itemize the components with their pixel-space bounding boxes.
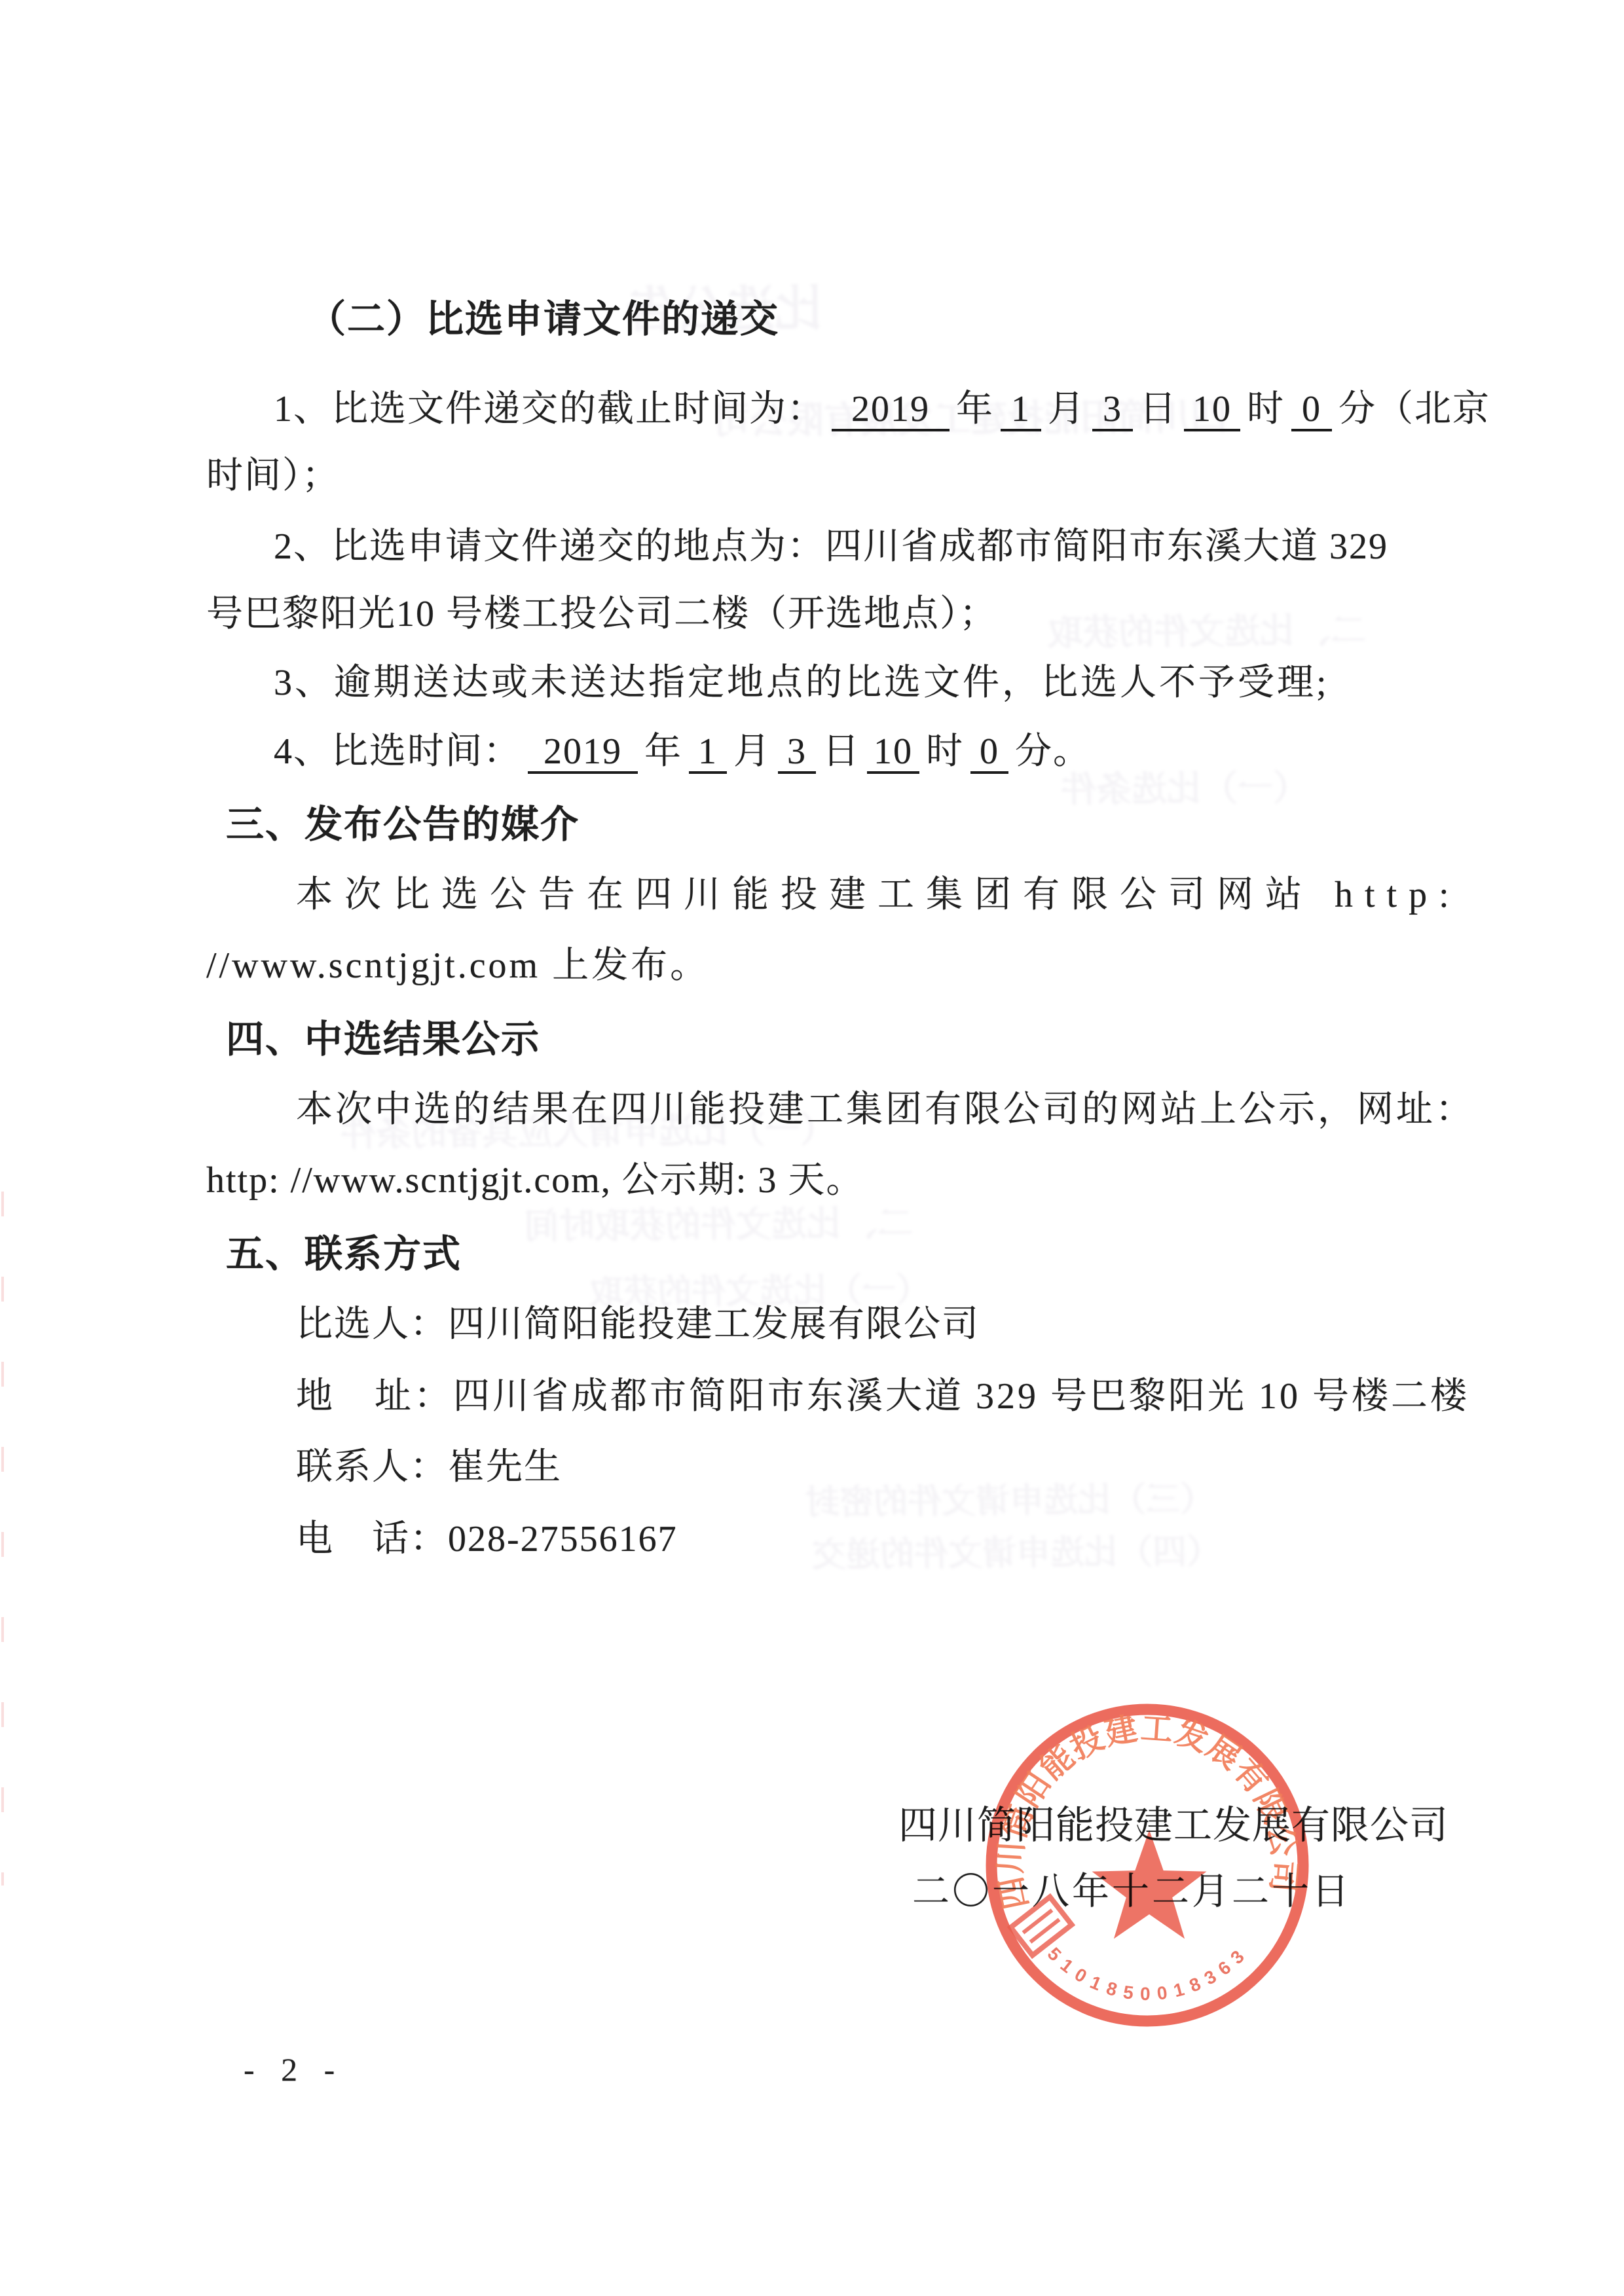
contact-value: 028-27556167 xyxy=(448,1519,678,1559)
seal-code: 5101850018363 xyxy=(1044,1944,1250,2004)
contact-label: 联系人： xyxy=(296,1447,448,1487)
selection-year-blank: 2019 xyxy=(528,733,638,774)
item-1-prefix: 1、比选文件递交的截止时间为： xyxy=(274,389,825,429)
minute-tail: 分（北京 xyxy=(1338,389,1490,429)
deadline-month-blank: 1 xyxy=(1001,390,1041,431)
contact-label: 电 话： xyxy=(296,1519,448,1559)
contact-row-person: 联系人：崔先生 xyxy=(296,1438,562,1490)
contact-row-phone: 电 话：028-27556167 xyxy=(296,1510,678,1562)
contact-value: 四川简阳能投建工发展有限公司 xyxy=(448,1304,980,1345)
section-3-heading: 三、发布公告的媒介 xyxy=(226,793,580,848)
month-unit: 月 xyxy=(1048,389,1086,429)
item-1-line-1: 1、比选文件递交的截止时间为：2019年1月3日10时0分（北京 xyxy=(274,380,1490,432)
contact-value: 崔先生 xyxy=(448,1447,562,1487)
deadline-minute-blank: 0 xyxy=(1291,390,1332,431)
section-3-line-1: 本次比选公告在四川能投建工集团有限公司网站 http: xyxy=(296,866,1461,918)
selection-day-blank: 3 xyxy=(778,733,816,774)
company-seal: 四川简阳能投建工发展有限公司 5101850018363 xyxy=(986,1704,1310,2031)
year-unit: 年 xyxy=(956,389,994,429)
seal-star-icon xyxy=(1092,1830,1207,1939)
bleedthrough-artifact: （一）比选条件 xyxy=(1061,759,1309,812)
deadline-hour-blank: 10 xyxy=(1184,390,1240,431)
selection-hour-blank: 10 xyxy=(867,733,919,774)
contact-row-bidder: 比选人：四川简阳能投建工发展有限公司 xyxy=(296,1295,980,1347)
scanned-document-page: { "page": { "number": "- 2 -" }, "colors… xyxy=(0,0,1624,2296)
item-2-line-2: 号巴黎阳光10 号楼工投公司二楼（开选地点）； xyxy=(206,585,997,637)
page-number: - 2 - xyxy=(244,2050,344,2088)
document-page: 比选公告 四川简阳能投建工发展有限公司 二、比选文件的获取 （一）比选条件 （一… xyxy=(0,0,1624,2296)
year-unit: 年 xyxy=(644,731,682,772)
selection-minute-blank: 0 xyxy=(970,733,1008,774)
month-unit: 月 xyxy=(733,731,771,772)
contact-label: 比选人： xyxy=(296,1304,448,1345)
bleedthrough-artifact: （三）比选申请文件的密封 xyxy=(805,1471,1215,1523)
section-4-heading: 四、中选结果公示 xyxy=(226,1008,540,1063)
bleedthrough-artifact: （四）比选申请文件的递交 xyxy=(812,1523,1221,1576)
item-2-line-1: 2、比选申请文件递交的地点为：四川省成都市简阳市东溪大道 329 xyxy=(274,517,1388,570)
item-1-line-2: 时间）； xyxy=(206,446,340,499)
bleedthrough-artifact: 二、比选文件的获取 xyxy=(1048,602,1367,655)
subsection-heading: （二）比选申请文件的递交 xyxy=(308,288,779,343)
hour-unit: 时 xyxy=(926,731,964,772)
section-5-heading: 五、联系方式 xyxy=(226,1223,462,1278)
section-4-line-1: 本次中选的结果在四川能投建工集团有限公司的网站上公示，网址： xyxy=(296,1080,1475,1133)
contact-row-address: 地 址：四川省成都市简阳市东溪大道 329 号巴黎阳光 10 号楼二楼 xyxy=(296,1367,1469,1419)
day-unit: 日 xyxy=(1139,389,1177,429)
hour-unit: 时 xyxy=(1247,389,1285,429)
contact-value: 四川省成都市简阳市东溪大道 329 号巴黎阳光 10 号楼二楼 xyxy=(453,1376,1469,1417)
item-4-prefix: 4、比选时间： xyxy=(274,731,521,772)
contact-label: 地 址： xyxy=(296,1376,453,1417)
day-unit: 日 xyxy=(822,731,860,772)
selection-month-blank: 1 xyxy=(689,733,727,774)
item-4-line: 4、比选时间：2019年1月3日10时0分。 xyxy=(274,722,1091,774)
item-3-line: 3、逾期送达或未送达指定地点的比选文件，比选人不予受理; xyxy=(274,653,1329,706)
deadline-year-blank: 2019 xyxy=(832,390,950,431)
deadline-day-blank: 3 xyxy=(1092,390,1133,431)
section-4-line-2: http: //www.scntjgjt.com, 公示期: 3 天。 xyxy=(206,1151,864,1203)
scan-edge-artifact xyxy=(1,1192,4,1886)
section-3-line-2: //www.scntjgjt.com 上发布。 xyxy=(206,936,709,989)
minute-tail: 分。 xyxy=(1015,731,1091,772)
